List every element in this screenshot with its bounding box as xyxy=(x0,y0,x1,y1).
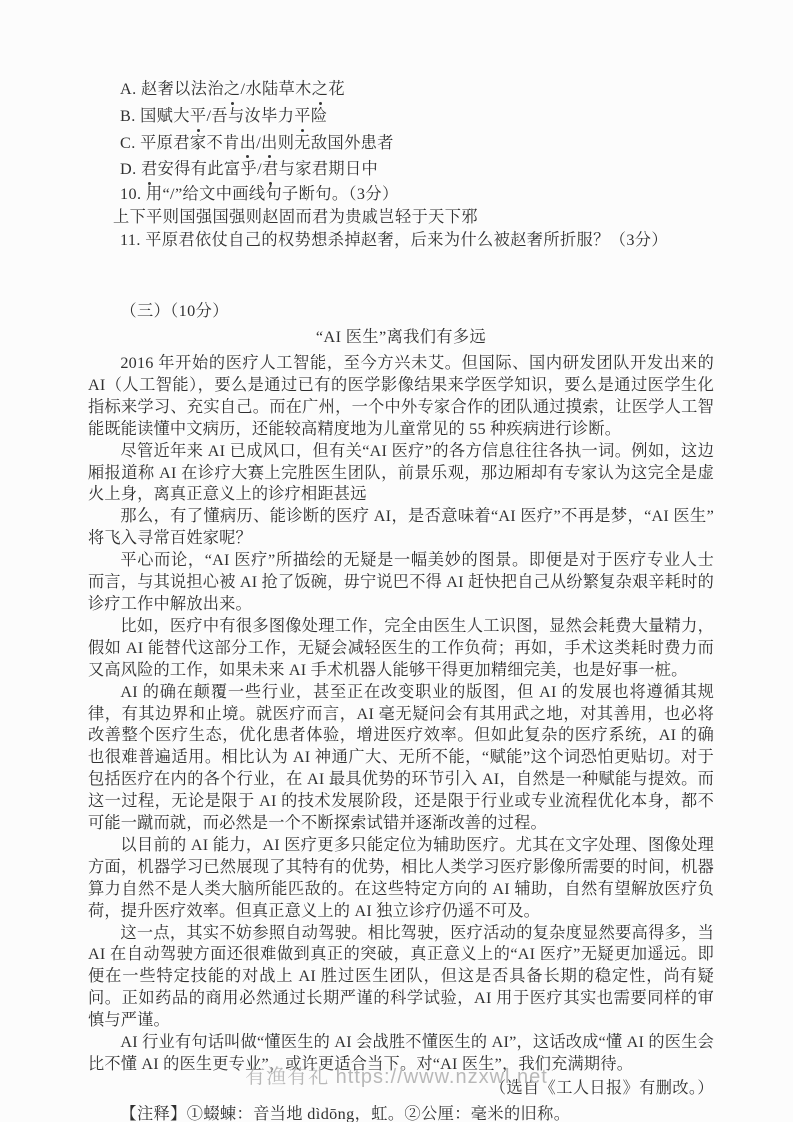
passage-paragraph: 这一点，其实不妨参照自动驾驶。相比驾驶，医疗活动的复杂度显然要高得多，当 AI … xyxy=(88,923,714,1033)
question-11: 11. 平原君依仗自己的权势想杀掉赵奢，后来为什么被赵奢所折服？（3分） xyxy=(120,229,720,252)
option-a-text: A. 赵奢以法治 xyxy=(120,80,224,98)
question-10-sentence: 上下平则国强国强则赵固而君为贵戚岂轻于天下邪 xyxy=(113,206,720,229)
option-b: B. 国赋大平/吾与汝毕力平险 xyxy=(120,103,720,130)
emphasized-char: 之 xyxy=(224,76,241,103)
option-b-text: B. 国赋大 xyxy=(120,107,190,125)
question-block: A. 赵奢以法治之/水陆草木之花 B. 国赋大平/吾与汝毕力平险 C. 平原君家… xyxy=(120,76,720,252)
emphasized-char: 君 xyxy=(141,156,158,183)
emphasized-char: 平 xyxy=(294,103,311,130)
passage-paragraph: 那么，有了懂病历、能诊断的医疗 AI，是否意味着“AI 医疗”不再是梦，“AI … xyxy=(88,506,714,550)
passage-title: “AI 医生”离我们有多远 xyxy=(88,325,714,350)
section-heading: （三）（10分） xyxy=(88,299,714,323)
emphasized-char: 平 xyxy=(190,103,207,130)
option-d-text: D. xyxy=(120,160,141,178)
emphasized-char: 之 xyxy=(312,76,329,103)
option-d-text: 与家君期日中 xyxy=(279,160,379,178)
passage-paragraph: 以目前的 AI 能力，AI 医疗更多只能定位为辅助医疗。尤其在文字处理、图像处理… xyxy=(88,835,714,923)
question-10: 10. 用“/”给文中画线句子断句。（3分） xyxy=(120,183,720,206)
passage-paragraph: 2016 年开始的医疗人工智能，至今方兴未艾。但国际、国内研发团队开发出来的 A… xyxy=(88,353,714,441)
option-a: A. 赵奢以法治之/水陆草木之花 xyxy=(120,76,720,103)
document-page: A. 赵奢以法治之/水陆草木之花 B. 国赋大平/吾与汝毕力平险 C. 平原君家… xyxy=(0,0,793,1122)
emphasized-char: 出 xyxy=(240,130,257,157)
passage-paragraph: 平心而论，“AI 医疗”所描绘的无疑是一幅美妙的图景。即便是对于医疗专业人士而言… xyxy=(88,550,714,616)
footnote: 【注释】①蝃蝀：音当地 dìdōng，虹。②公厘：毫米的旧称。 xyxy=(88,1103,714,1122)
option-b-text: /吾与汝毕力 xyxy=(206,107,294,125)
option-d-text: 安得有此富乎/ xyxy=(158,160,262,178)
option-c-text: 则无敌国外患者 xyxy=(278,134,394,152)
passage-paragraph: 比如，医疗中有很多图像处理工作，完全由医生人工识图，显然会耗费大量精力，假如 A… xyxy=(88,616,714,682)
option-c: C. 平原君家不肯出/出则无敌国外患者 xyxy=(120,130,720,157)
reading-passage: （三）（10分） “AI 医生”离我们有多远 2016 年开始的医疗人工智能，至… xyxy=(88,299,714,1122)
option-d: D. 君安得有此富乎/君与家君期日中 xyxy=(120,156,720,183)
option-a-text: /水陆草木 xyxy=(241,80,312,98)
option-a-text: 花 xyxy=(328,80,345,98)
passage-paragraph: AI 的确在颠覆一些行业，甚至正在改变职业的版图，但 AI 的发展也将遵循其规律… xyxy=(88,682,714,835)
passage-paragraph: 尽管近年来 AI 已成风口，但有关“AI 医疗”的各方信息往往各执一词。例如，这… xyxy=(88,441,714,507)
option-b-text: 险 xyxy=(311,107,328,125)
watermark-text: 有渔有礼 https://www.nzxwl.net xyxy=(0,1060,793,1089)
option-c-text: C. 平原君家不肯 xyxy=(120,134,240,152)
emphasized-char: 出 xyxy=(261,130,278,157)
emphasized-char: 君 xyxy=(262,156,279,183)
